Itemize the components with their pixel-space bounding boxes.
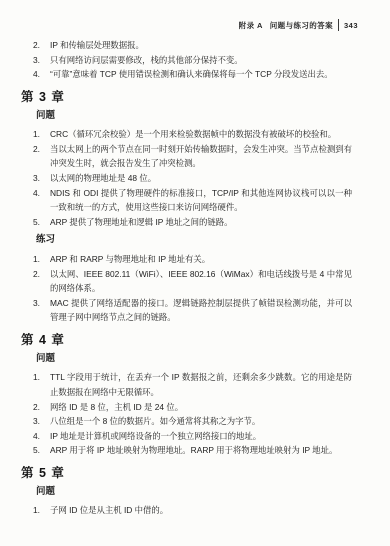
book-page: 附录 A 问题与练习的答案 343 2. IP 和传输层处理数据报。 3. 只有… bbox=[0, 0, 390, 546]
chapter-body: 问题 1. TTL 字段用于统计，在丢弃一个 IP 数据报之前，还剩余多少跳数。… bbox=[0, 354, 390, 458]
answer-item: 5. ARP 提供了物理地址和逻辑 IP 地址之间的链路。 bbox=[33, 215, 352, 230]
item-number: 3. bbox=[33, 53, 50, 68]
continuation-list: 2. IP 和传输层处理数据报。 3. 只有网络访问层需要修改，栈的其他部分保持… bbox=[0, 38, 390, 82]
item-text: 以太网、IEEE 802.11（WiFi）、IEEE 802.16（WiMax）… bbox=[50, 267, 352, 296]
item-text: 网络 ID 是 8 位，主机 ID 是 24 位。 bbox=[50, 400, 352, 415]
qa-section: 问题 1. 子网 ID 位是从主机 ID 中借的。 bbox=[0, 487, 390, 518]
item-number: 3. bbox=[33, 296, 50, 325]
item-text: 以太网的物理地址是 48 位。 bbox=[50, 171, 352, 186]
header-divider bbox=[338, 19, 339, 31]
header-title: 问题与练习的答案 bbox=[270, 20, 333, 31]
chapter-body: 问题 1. 子网 ID 位是从主机 ID 中借的。 bbox=[0, 487, 390, 518]
item-text: “可靠”意味着 TCP 使用错误检测和确认来确保将每一个 TCP 分段发送出去。 bbox=[50, 67, 352, 82]
chapter-section: 第 3 章 问题 1. CRC（循环冗余校验）是一个用来检验数据帧中的数据没有被… bbox=[0, 90, 390, 325]
answer-list: 1. 子网 ID 位是从主机 ID 中借的。 bbox=[0, 503, 390, 518]
running-header: 附录 A 问题与练习的答案 343 bbox=[239, 19, 358, 31]
section-heading: 问题 bbox=[36, 354, 390, 364]
item-number: 2. bbox=[33, 142, 50, 171]
answer-item: 3. MAC 提供了网络适配器的接口。逻辑链路控制层提供了帧错误检测功能，并可以… bbox=[33, 296, 352, 325]
answer-item: 1. TTL 字段用于统计，在丢弃一个 IP 数据报之前，还剩余多少跳数。它的用… bbox=[33, 370, 352, 399]
item-text: IP 和传输层处理数据报。 bbox=[50, 38, 352, 53]
answer-item: 4. “可靠”意味着 TCP 使用错误检测和确认来确保将每一个 TCP 分段发送… bbox=[33, 67, 352, 82]
item-text: 只有网络访问层需要修改，栈的其他部分保持不变。 bbox=[50, 53, 352, 68]
chapter-section: 第 4 章 问题 1. TTL 字段用于统计，在丢弃一个 IP 数据报之前，还剩… bbox=[0, 333, 390, 458]
answer-item: 2. 当以太网上的两个节点在同一时刻开始传输数据时，会发生冲突。当节点检测到有冲… bbox=[33, 142, 352, 171]
answer-item: 4. IP 地址是计算机或网络设备的一个独立网络接口的地址。 bbox=[33, 429, 352, 444]
header-section-label: 附录 A bbox=[239, 20, 263, 31]
item-number: 4. bbox=[33, 67, 50, 82]
item-number: 5. bbox=[33, 215, 50, 230]
item-text: TTL 字段用于统计，在丢弃一个 IP 数据报之前，还剩余多少跳数。它的用途是防… bbox=[50, 370, 352, 399]
item-number: 3. bbox=[33, 414, 50, 429]
answer-item: 3. 八位组是一个 8 位的数据片。如今通常将其称之为字节。 bbox=[33, 414, 352, 429]
section-heading: 问题 bbox=[36, 487, 390, 497]
item-number: 1. bbox=[33, 127, 50, 142]
qa-section: 问题 1. TTL 字段用于统计，在丢弃一个 IP 数据报之前，还剩余多少跳数。… bbox=[0, 354, 390, 458]
item-text: CRC（循环冗余校验）是一个用来检验数据帧中的数据没有被破坏的校验和。 bbox=[50, 127, 352, 142]
item-number: 5. bbox=[33, 443, 50, 458]
chapter-title: 第 5 章 bbox=[21, 466, 390, 481]
answer-item: 1. CRC（循环冗余校验）是一个用来检验数据帧中的数据没有被破坏的校验和。 bbox=[33, 127, 352, 142]
item-number: 1. bbox=[33, 252, 50, 267]
item-text: 当以太网上的两个节点在同一时刻开始传输数据时，会发生冲突。当节点检测到有冲突发生… bbox=[50, 142, 352, 171]
item-number: 3. bbox=[33, 171, 50, 186]
item-text: ARP 和 RARP 与物理地址和 IP 地址有关。 bbox=[50, 252, 352, 267]
chapter-section: 第 5 章 问题 1. 子网 ID 位是从主机 ID 中借的。 bbox=[0, 466, 390, 518]
answer-list: 1. CRC（循环冗余校验）是一个用来检验数据帧中的数据没有被破坏的校验和。 2… bbox=[0, 127, 390, 229]
item-text: 子网 ID 位是从主机 ID 中借的。 bbox=[50, 503, 352, 518]
answer-item: 5. ARP 用于将 IP 地址映射为物理地址。RARP 用于将物理地址映射为 … bbox=[33, 443, 352, 458]
page-content: 2. IP 和传输层处理数据报。 3. 只有网络访问层需要修改，栈的其他部分保持… bbox=[0, 33, 390, 518]
chapter-title: 第 4 章 bbox=[21, 333, 390, 348]
answer-item: 4. NDIS 和 ODI 提供了物理硬件的标准接口，TCP/IP 和其他连网协… bbox=[33, 186, 352, 215]
item-text: ARP 用于将 IP 地址映射为物理地址。RARP 用于将物理地址映射为 IP … bbox=[50, 443, 352, 458]
item-text: 八位组是一个 8 位的数据片。如今通常将其称之为字节。 bbox=[50, 414, 352, 429]
chapter-body: 问题 1. CRC（循环冗余校验）是一个用来检验数据帧中的数据没有被破坏的校验和… bbox=[0, 111, 390, 325]
answer-item: 2. 以太网、IEEE 802.11（WiFi）、IEEE 802.16（WiM… bbox=[33, 267, 352, 296]
item-text: ARP 提供了物理地址和逻辑 IP 地址之间的链路。 bbox=[50, 215, 352, 230]
chapter-title: 第 3 章 bbox=[21, 90, 390, 105]
answer-item: 1. 子网 ID 位是从主机 ID 中借的。 bbox=[33, 503, 352, 518]
item-number: 2. bbox=[33, 400, 50, 415]
qa-section: 练习 1. ARP 和 RARP 与物理地址和 IP 地址有关。 2. 以太网、… bbox=[0, 235, 390, 324]
item-number: 2. bbox=[33, 38, 50, 53]
answer-list: 1. TTL 字段用于统计，在丢弃一个 IP 数据报之前，还剩余多少跳数。它的用… bbox=[0, 370, 390, 458]
chapters: 第 3 章 问题 1. CRC（循环冗余校验）是一个用来检验数据帧中的数据没有被… bbox=[0, 90, 390, 518]
item-text: IP 地址是计算机或网络设备的一个独立网络接口的地址。 bbox=[50, 429, 352, 444]
answer-item: 1. ARP 和 RARP 与物理地址和 IP 地址有关。 bbox=[33, 252, 352, 267]
answer-item: 2. 网络 ID 是 8 位，主机 ID 是 24 位。 bbox=[33, 400, 352, 415]
item-text: NDIS 和 ODI 提供了物理硬件的标准接口，TCP/IP 和其他连网协议栈可… bbox=[50, 186, 352, 215]
header-page-number: 343 bbox=[344, 21, 358, 30]
answer-item: 2. IP 和传输层处理数据报。 bbox=[33, 38, 352, 53]
item-number: 4. bbox=[33, 186, 50, 215]
answer-item: 3. 只有网络访问层需要修改，栈的其他部分保持不变。 bbox=[33, 53, 352, 68]
section-heading: 问题 bbox=[36, 111, 390, 121]
item-number: 4. bbox=[33, 429, 50, 444]
item-text: MAC 提供了网络适配器的接口。逻辑链路控制层提供了帧错误检测功能，并可以管理子… bbox=[50, 296, 352, 325]
answer-item: 3. 以太网的物理地址是 48 位。 bbox=[33, 171, 352, 186]
qa-section: 问题 1. CRC（循环冗余校验）是一个用来检验数据帧中的数据没有被破坏的校验和… bbox=[0, 111, 390, 230]
item-number: 2. bbox=[33, 267, 50, 296]
item-number: 1. bbox=[33, 503, 50, 518]
section-heading: 练习 bbox=[36, 235, 390, 245]
item-number: 1. bbox=[33, 370, 50, 399]
answer-list: 1. ARP 和 RARP 与物理地址和 IP 地址有关。 2. 以太网、IEE… bbox=[0, 252, 390, 325]
